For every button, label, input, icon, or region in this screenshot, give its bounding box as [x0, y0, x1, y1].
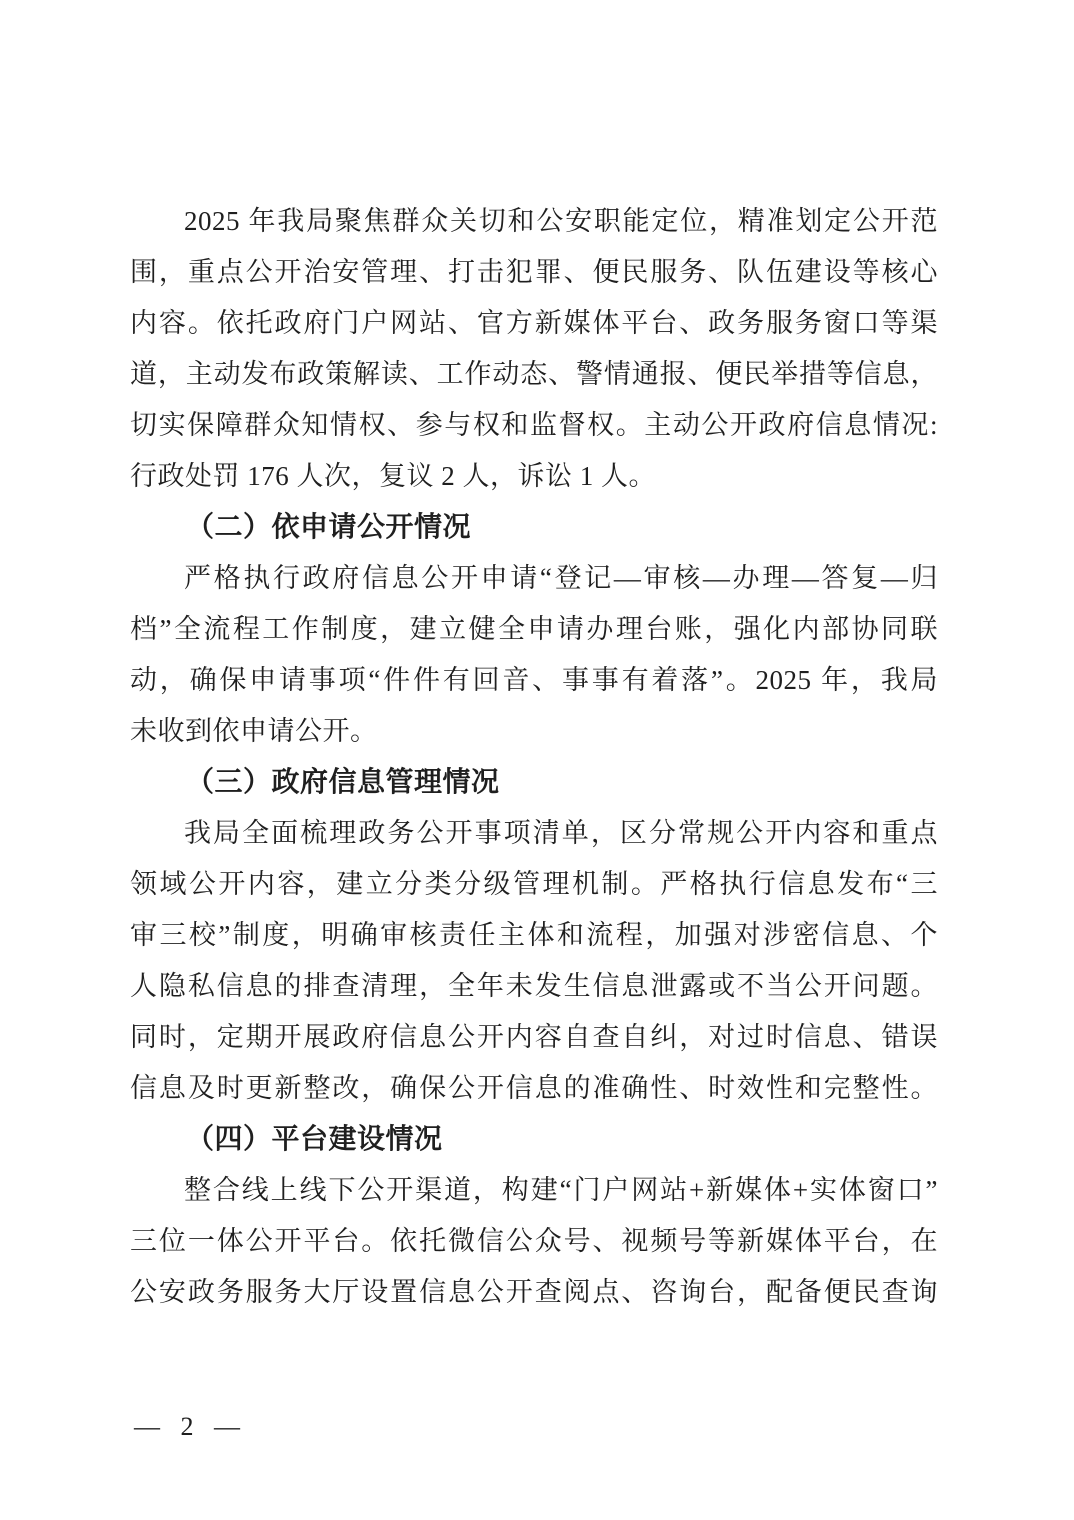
text-line: 2025 年我局聚焦群众关切和公安职能定位，精准划定公开范 [130, 196, 938, 247]
text-line: 公安政务服务大厅设置信息公开查阅点、咨询台，配备便民查询 [130, 1267, 938, 1318]
text-line: 行政处罚 176 人次，复议 2 人，诉讼 1 人。 [130, 451, 938, 502]
page-number-label: — 2 — [134, 1412, 247, 1441]
text-line: 领域公开内容，建立分类分级管理机制。严格执行信息发布“三 [130, 859, 938, 910]
text-line: 动，确保申请事项“件件有回音、事事有着落”。2025 年，我局 [130, 655, 938, 706]
text-line: 严格执行政府信息公开申请“登记—审核—办理—答复—归 [130, 553, 938, 604]
text-line: 人隐私信息的排查清理，全年未发生信息泄露或不当公开问题。 [130, 961, 938, 1012]
text-line: 三位一体公开平台。依托微信公众号、视频号等新媒体平台，在 [130, 1216, 938, 1267]
text-line: 围，重点公开治安管理、打击犯罪、便民服务、队伍建设等核心 [130, 247, 938, 298]
text-line: 审三校”制度，明确审核责任主体和流程，加强对涉密信息、个 [130, 910, 938, 961]
text-line: 档”全流程工作制度，建立健全申请办理台账，强化内部协同联 [130, 604, 938, 655]
document-page: 2025 年我局聚焦群众关切和公安职能定位，精准划定公开范围，重点公开治安管理、… [0, 0, 1074, 1520]
section-heading: （四）平台建设情况 [130, 1114, 938, 1165]
text-line: 整合线上线下公开渠道，构建“门户网站+新媒体+实体窗口” [130, 1165, 938, 1216]
text-line: 同时，定期开展政府信息公开内容自查自纠，对过时信息、错误 [130, 1012, 938, 1063]
text-line: 内容。依托政府门户网站、官方新媒体平台、政务服务窗口等渠 [130, 298, 938, 349]
section-heading: （二）依申请公开情况 [130, 502, 938, 553]
text-line: 未收到依申请公开。 [130, 706, 938, 757]
page-footer: — 2 — [134, 1412, 247, 1442]
section-heading: （三）政府信息管理情况 [130, 757, 938, 808]
text-line: 信息及时更新整改，确保公开信息的准确性、时效性和完整性。 [130, 1063, 938, 1114]
text-line: 我局全面梳理政务公开事项清单，区分常规公开内容和重点 [130, 808, 938, 859]
text-line: 切实保障群众知情权、参与权和监督权。主动公开政府信息情况: [130, 400, 938, 451]
document-body: 2025 年我局聚焦群众关切和公安职能定位，精准划定公开范围，重点公开治安管理、… [130, 196, 938, 1318]
text-line: 道，主动发布政策解读、工作动态、警情通报、便民举措等信息， [130, 349, 938, 400]
